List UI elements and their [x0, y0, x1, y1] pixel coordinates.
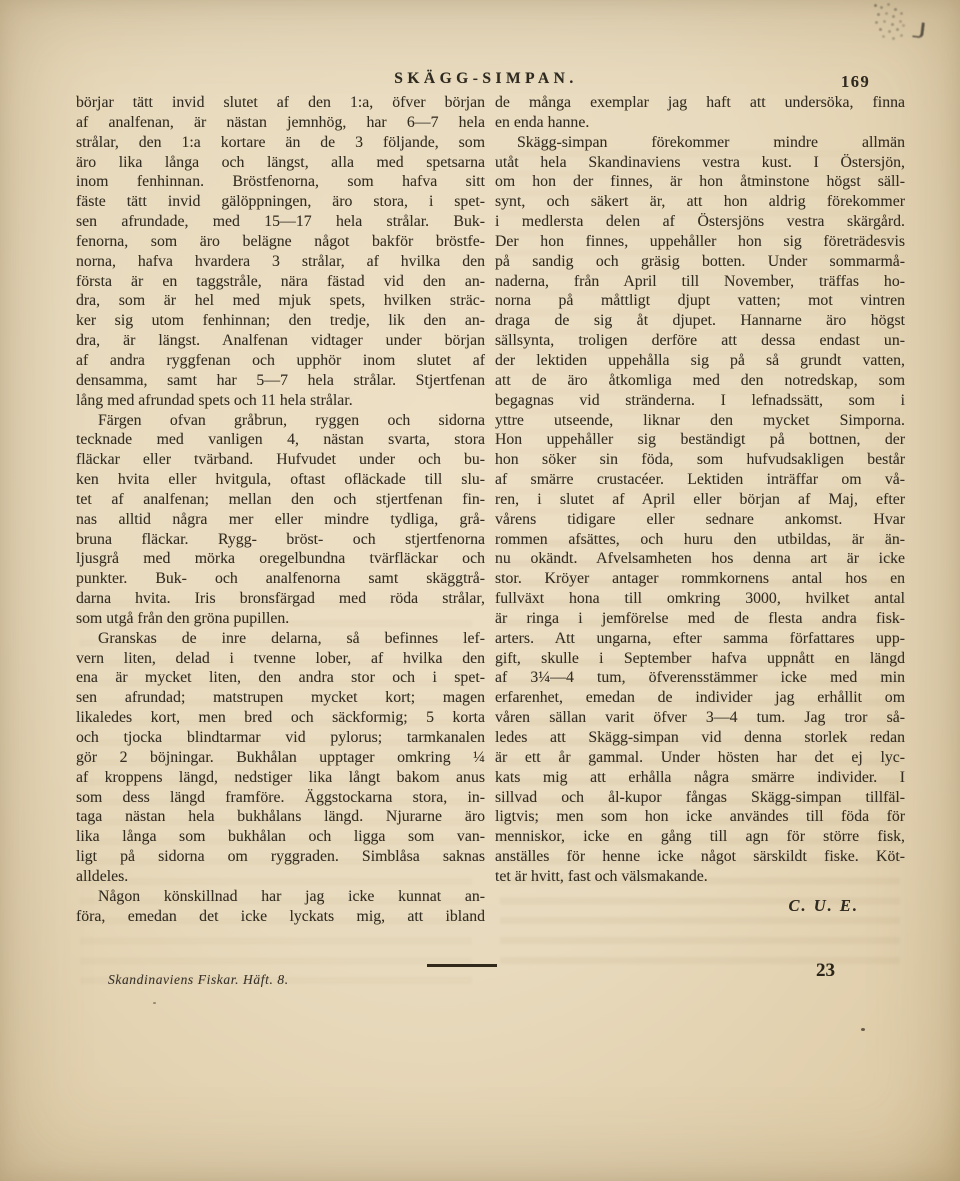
- text-line: fullväxt hona till omkring 3000, hvilket…: [495, 589, 905, 609]
- text-line: våren sällan varit öfver 3—4 tum. Jag tr…: [495, 708, 905, 728]
- text-line: dra, som är hel med mjuk spets, hvilken …: [76, 291, 485, 311]
- text-line: sillvad och ål-kupor fångas Skägg-simpan…: [495, 788, 905, 808]
- text-line: som utgå från den gröna pupillen.: [76, 609, 485, 629]
- text-line: sen afrundade, med 15—17 hela strålar. B…: [76, 212, 485, 232]
- text-line: de många exemplar jag haft att undersöka…: [495, 93, 905, 113]
- text-line: draga de sig åt djupet. Hannarne äro hög…: [495, 311, 905, 331]
- book-page: SKÄGG-SIMPAN. 169 börjar tätt invid slut…: [0, 0, 960, 1181]
- text-line: utåt hela Skandinaviens vestra kust. I Ö…: [495, 153, 905, 173]
- text-line: af 3¼—4 tum, öfverensstämmer icke med mi…: [495, 668, 905, 688]
- text-line: norna, hafva hvardera 3 strålar, af hvil…: [76, 252, 485, 272]
- text-line: är ringa i jemförelse med de flesta andr…: [495, 609, 905, 629]
- footer-imprint: Skandinaviens Fiskar. Häft. 8.: [108, 972, 289, 988]
- text-line: arters. Att ungarna, efter samma författ…: [495, 629, 905, 649]
- text-line: synt, och säkert är, att hon aldrig före…: [495, 192, 905, 212]
- ink-smudge: [872, 2, 928, 48]
- text-line: Granskas de inre delarna, så befinnes le…: [76, 629, 485, 649]
- text-line: inom fenhinnan. Bröstfenorna, som hafva …: [76, 172, 485, 192]
- text-line: der lektiden uppehålla sig på så grundt …: [495, 351, 905, 371]
- text-line: hon söker sin föda, som hufvudsakligen b…: [495, 450, 905, 470]
- text-line: Färgen ofvan gråbrun, ryggen och sidorna: [76, 411, 485, 431]
- text-line: ligt på sidorna om ryggraden. Simblåsa s…: [76, 847, 485, 867]
- text-line: sen afrundad; matstrupen mycket kort; ma…: [76, 688, 485, 708]
- text-line: begagnas vid stränderna. I lefnadssätt, …: [495, 391, 905, 411]
- text-line: naderna, från April till November, träff…: [495, 272, 905, 292]
- text-line: stor. Kröyer antager rommkornens antal h…: [495, 569, 905, 589]
- text-line: rommen afsättes, och huru den utbildas, …: [495, 530, 905, 550]
- text-line: i medlersta delen af Östersjöns vestra s…: [495, 212, 905, 232]
- text-line: att de äro åtkomliga med den notredskap,…: [495, 371, 905, 391]
- text-line: äro lika långa och längst, alla med spet…: [76, 153, 485, 173]
- text-line: nas alltid några mer eller mindre tydlig…: [76, 510, 485, 530]
- text-line: Hon uppehåller sig beständigt på bottnen…: [495, 430, 905, 450]
- text-line: vårens tidigare eller sednare ankomst. H…: [495, 510, 905, 530]
- text-line: densamma, samt har 5—7 hela strålar. Stj…: [76, 371, 485, 391]
- text-line: Någon könskillnad har jag icke kunnat an…: [76, 887, 485, 907]
- text-line: tet är hvitt, fast och välsmakande.: [495, 867, 905, 887]
- text-line: lång med afrundad spets och 11 hela strå…: [76, 391, 485, 411]
- sheet-number: 23: [816, 960, 835, 982]
- text-line: menniskor, icke en gång till agn för stö…: [495, 827, 905, 847]
- text-line: som dess längd framföre. Äggstockarna st…: [76, 788, 485, 808]
- text-line: börjar tätt invid slutet af den 1:a, öfv…: [76, 93, 485, 113]
- text-line: fäste tätt invid gälöppningen, äro stora…: [76, 192, 485, 212]
- text-line: taga nästan hela bukhålans längd. Njurar…: [76, 807, 485, 827]
- running-header-title: SKÄGG-SIMPAN.: [6, 70, 960, 88]
- author-signature: C. U. E.: [495, 896, 905, 916]
- ink-speck: [861, 1028, 865, 1031]
- text-line: norna på måttligt djupt vatten; mot vint…: [495, 291, 905, 311]
- text-line: alldeles.: [76, 867, 485, 887]
- text-line: kats mig att erhålla några smärre indivi…: [495, 768, 905, 788]
- text-line: punkter. Buk- och analfenorna samt skägg…: [76, 569, 485, 589]
- text-line: på sandig och gräsig botten. Under somma…: [495, 252, 905, 272]
- text-line: tet af analfenan; mellan den och stjertf…: [76, 490, 485, 510]
- right-column: de många exemplar jag haft att undersöka…: [495, 93, 905, 916]
- text-line: af andra ryggfenan och upphör inom slute…: [76, 351, 485, 371]
- text-line: ljusgrå med mörka oregelbundna tvärfläck…: [76, 549, 485, 569]
- text-line: anställes för henne icke något särskildt…: [495, 847, 905, 867]
- text-line: ena är mycket liten, den andra stor och …: [76, 668, 485, 688]
- text-line: erfarenhet, emedan de individer jag erhå…: [495, 688, 905, 708]
- text-line: af smärre crustacéer. Lektiden inträffar…: [495, 470, 905, 490]
- text-line: fläckar eller tvärband. Hufvudet under o…: [76, 450, 485, 470]
- text-line: ker sig utom fenhinnan; den tredje, lik …: [76, 311, 485, 331]
- page-number: 169: [841, 72, 870, 92]
- text-line: är ett år gammal. Under hösten har det e…: [495, 748, 905, 768]
- text-line: likaledes kort, men bred och säckformig;…: [76, 708, 485, 728]
- ink-speck: [153, 1002, 156, 1004]
- footnote-rule: [427, 964, 497, 967]
- text-line: ledes att Skägg-simpan vid denna storlek…: [495, 728, 905, 748]
- text-line: ren, i slutet af April eller början af M…: [495, 490, 905, 510]
- text-line: Skägg-simpan förekommer mindre allmän: [495, 133, 905, 153]
- text-line: fenorna, som äro belägne något bakför br…: [76, 232, 485, 252]
- text-line: Der hon finnes, uppehåller hon sig föret…: [495, 232, 905, 252]
- text-line: lika långa som bukhålan och ligga som va…: [76, 827, 485, 847]
- text-line: gör 2 böjningar. Bukhålan upptager omkri…: [76, 748, 485, 768]
- text-line: gift, skulle i September hafva uppnått e…: [495, 649, 905, 669]
- text-line: vern liten, delad i tvenne lober, af hvi…: [76, 649, 485, 669]
- text-line: af kroppens längd, nedstiger lika långt …: [76, 768, 485, 788]
- text-line: och tjocka blindtarmar vid pylorus; tarm…: [76, 728, 485, 748]
- text-line: yttre utseende, liknar den mycket Simpor…: [495, 411, 905, 431]
- text-line: ken hvita eller hvitgula, oftast ofläcka…: [76, 470, 485, 490]
- left-column: börjar tätt invid slutet af den 1:a, öfv…: [76, 93, 485, 926]
- text-line: dra, är längst. Analfenan vidtager under…: [76, 331, 485, 351]
- text-line: föra, emedan det icke lyckats mig, att i…: [76, 907, 485, 927]
- text-line: första är en taggstråle, nära fästad vid…: [76, 272, 485, 292]
- text-line: af analfenan, är nästan jemnhög, har 6—7…: [76, 113, 485, 133]
- text-line: tecknade med vanligen 4, nästan svarta, …: [76, 430, 485, 450]
- text-line: ligtvis; men som hon icke användes till …: [495, 807, 905, 827]
- text-line: sällsynta, troligen derföre att dessa en…: [495, 331, 905, 351]
- text-line: darna hvita. Iris bronsfärgad med röda s…: [76, 589, 485, 609]
- text-line: nu okändt. Afvelsamheten hos denna art ä…: [495, 549, 905, 569]
- text-line: bruna fläckar. Rygg- bröst- och stjertfe…: [76, 530, 485, 550]
- text-line: en enda hanne.: [495, 113, 905, 133]
- text-line: om hon der finnes, är hon åtminstone hög…: [495, 172, 905, 192]
- text-line: strålar, den 1:a kortare än de 3 följand…: [76, 133, 485, 153]
